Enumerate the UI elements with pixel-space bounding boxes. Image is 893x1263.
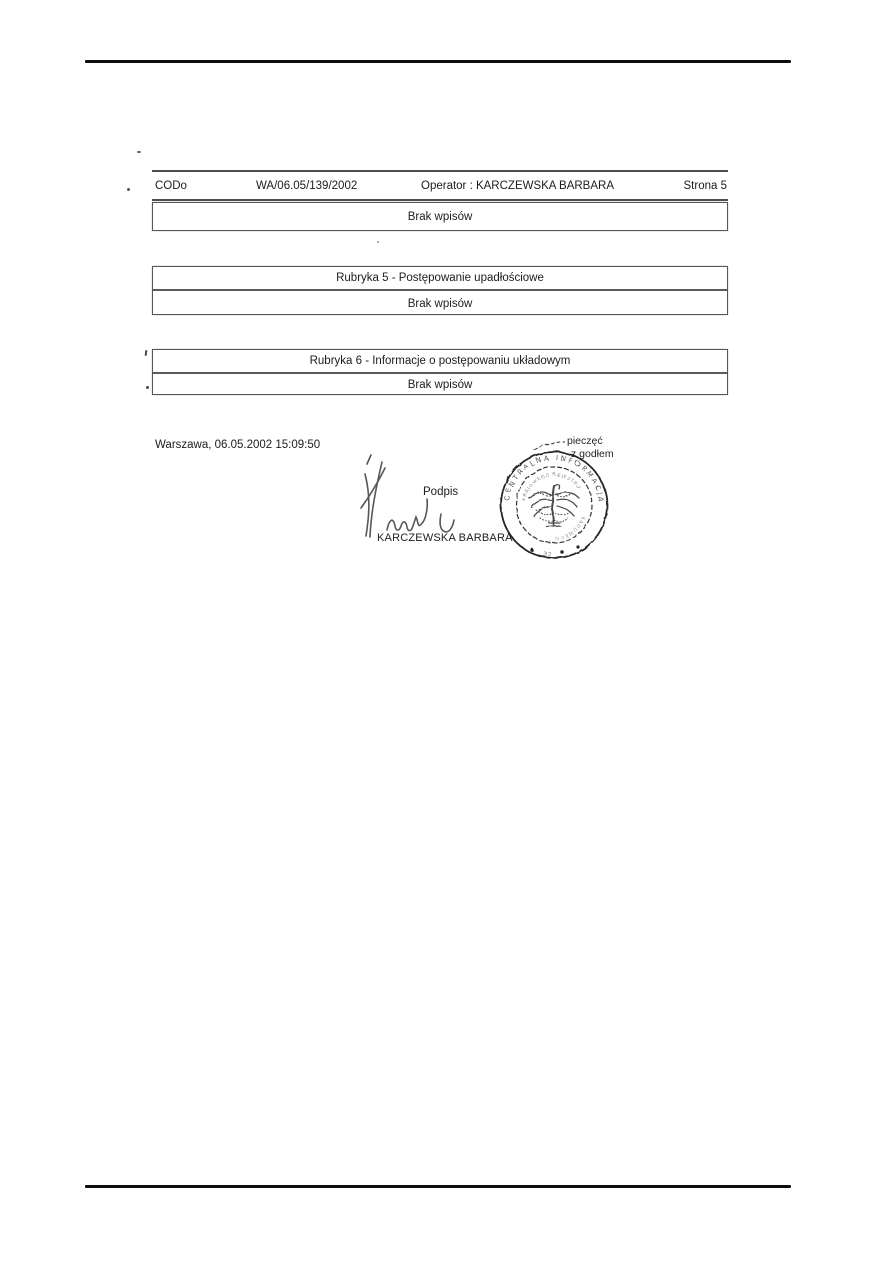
top-horizontal-rule — [85, 60, 791, 63]
svg-text:CENTRALNA INFORMACJA: CENTRALNA INFORMACJA — [503, 454, 605, 505]
caption-callout-line — [534, 442, 565, 450]
scan-speck — [377, 241, 379, 243]
rubryka-5-title: Rubryka 5 - Postępowanie upadłościowe — [153, 267, 727, 291]
scan-speck — [127, 188, 130, 191]
scan-speck — [137, 151, 141, 153]
stamp-caption-line2: z godłem — [571, 448, 614, 460]
stamp-caption-line1: pieczęć — [567, 435, 603, 447]
bottom-horizontal-rule — [85, 1185, 791, 1188]
section-box-no-entries: Brak wpisów — [152, 202, 728, 231]
place-and-date: Warszawa, 06.05.2002 15:09:50 — [155, 439, 320, 451]
eagle-emblem-icon — [529, 485, 579, 527]
official-seal-stamp-icon: CENTRALNA INFORMACJA KRAJOWEGO REJESTRU … — [488, 430, 640, 566]
section-box-rubryka-6: Rubryka 6 - Informacje o postępowaniu uk… — [152, 349, 728, 395]
no-entries-text: Brak wpisów — [153, 374, 727, 396]
stamp-ring-text-inner-bottom: SĄDOWEGO — [554, 515, 586, 541]
case-number: WA/06.05/139/2002 — [256, 180, 357, 192]
scan-speck — [145, 350, 148, 356]
scan-speck — [146, 386, 149, 389]
doc-code: CODo — [155, 180, 187, 192]
operator-label: Operator : KARCZEWSKA BARBARA — [421, 180, 614, 192]
stamp-ring-text-outer: CENTRALNA INFORMACJA — [503, 454, 605, 505]
scanned-document-page: CODo WA/06.05/139/2002 Operator : KARCZE… — [0, 0, 893, 1263]
stamp-bottom-mark: 32 — [543, 550, 551, 558]
no-entries-text: Brak wpisów — [153, 203, 727, 230]
document-header: CODo WA/06.05/139/2002 Operator : KARCZE… — [152, 170, 728, 201]
svg-text:SĄDOWEGO: SĄDOWEGO — [554, 515, 586, 541]
rubryka-6-title: Rubryka 6 - Informacje o postępowaniu uk… — [153, 350, 727, 374]
signature-label: Podpis — [423, 486, 458, 498]
section-box-rubryka-5: Rubryka 5 - Postępowanie upadłościowe Br… — [152, 266, 728, 315]
page-number-label: Strona 5 — [684, 180, 727, 192]
no-entries-text: Brak wpisów — [153, 291, 727, 316]
